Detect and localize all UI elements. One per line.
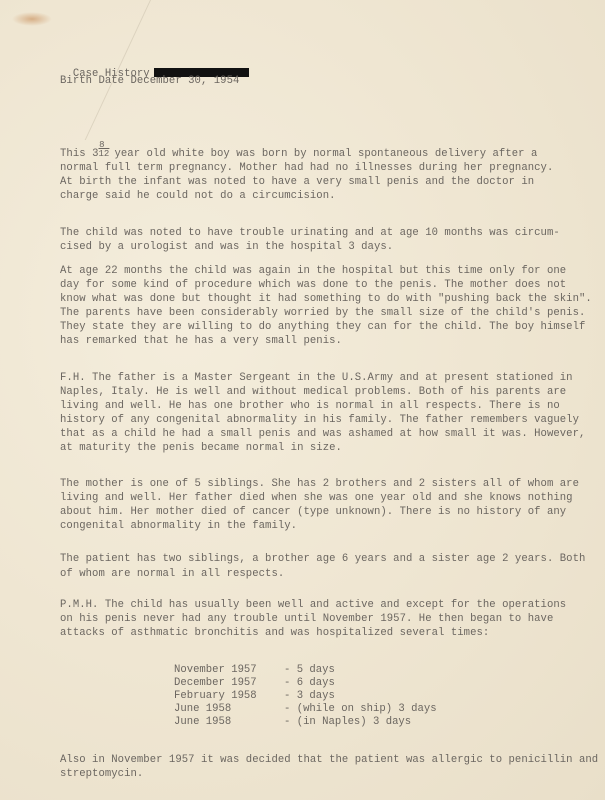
- age-fraction: 3812: [92, 147, 108, 161]
- hospitalization-row: November 1957- 5 days: [174, 664, 335, 677]
- paragraph-4-line-3: living and well. He has one brother who …: [60, 399, 560, 413]
- hospitalization-row: February 1958- 3 days: [174, 690, 335, 703]
- paragraph-1-line-2: normal full term pregnancy. Mother had h…: [60, 161, 553, 175]
- hospitalization-date: June 1958: [174, 703, 284, 716]
- hospitalization-row: December 1957- 6 days: [174, 677, 335, 690]
- hospitalization-date: February 1958: [174, 690, 284, 703]
- paragraph-4-line-5: that as a child he had a small penis and…: [60, 427, 585, 441]
- paragraph-3-line-1: At age 22 months the child was again in …: [60, 264, 566, 278]
- paragraph-3-line-4: The parents have been considerably worri…: [60, 306, 585, 320]
- paragraph-4-line-1: F.H. The father is a Master Sergeant in …: [60, 371, 573, 385]
- hospitalization-detail: - (in Naples) 3 days: [284, 716, 411, 728]
- age-numerator: 8: [99, 138, 104, 152]
- closing-line-1: Also in November 1957 it was decided tha…: [60, 753, 598, 767]
- hospitalization-detail: - 5 days: [284, 664, 335, 676]
- paragraph-4-line-2: Naples, Italy. He is well and without me…: [60, 385, 566, 399]
- paragraph-3-line-5: They state they are willing to do anythi…: [60, 320, 585, 334]
- hospitalization-detail: - (while on ship) 3 days: [284, 703, 437, 715]
- hospitalization-detail: - 6 days: [284, 677, 335, 689]
- paragraph-3-line-2: day for some kind of procedure which was…: [60, 278, 566, 292]
- line-text: year old white boy was born by normal sp…: [114, 148, 537, 160]
- paragraph-1-line-4: charge said he could not do a circumcisi…: [60, 189, 336, 203]
- paper-stain: [12, 12, 52, 26]
- paragraph-7-line-2: on his penis never had any trouble until…: [60, 612, 553, 626]
- paragraph-6-line-2: of whom are normal in all respects.: [60, 567, 284, 581]
- paragraph-1-line-1: This 3812 year old white boy was born by…: [60, 147, 537, 161]
- hospitalization-date: June 1958: [174, 716, 284, 729]
- paragraph-3-line-6: has remarked that he has a very small pe…: [60, 334, 342, 348]
- paragraph-4-line-4: history of any congenital abnormality in…: [60, 413, 579, 427]
- hospitalization-detail: - 3 days: [284, 690, 335, 702]
- paragraph-2-line-1: The child was noted to have trouble urin…: [60, 226, 560, 240]
- hospitalization-date: November 1957: [174, 664, 284, 677]
- lead-word: This: [60, 148, 86, 160]
- paragraph-6-line-1: The patient has two siblings, a brother …: [60, 552, 585, 566]
- paragraph-5-line-2: living and well. Her father died when sh…: [60, 491, 573, 505]
- paragraph-7-line-1: P.M.H. The child has usually been well a…: [60, 598, 566, 612]
- paragraph-5-line-1: The mother is one of 5 siblings. She has…: [60, 477, 579, 491]
- hospitalization-date: December 1957: [174, 677, 284, 690]
- hospitalization-row: June 1958- (in Naples) 3 days: [174, 716, 411, 729]
- paragraph-1-line-3: At birth the infant was noted to have a …: [60, 175, 534, 189]
- birth-date: Birth Date December 30, 1954: [60, 74, 239, 88]
- paragraph-2-line-2: cised by a urologist and was in the hosp…: [60, 240, 393, 254]
- paragraph-4-line-6: at maturity the penis became normal in s…: [60, 441, 342, 455]
- paragraph-5-line-3: about him. Her mother died of cancer (ty…: [60, 505, 566, 519]
- hospitalization-row: June 1958- (while on ship) 3 days: [174, 703, 437, 716]
- paragraph-3-line-3: know what was done but thought it had so…: [60, 292, 592, 306]
- closing-line-2: streptomycin.: [60, 767, 143, 781]
- paragraph-7-line-3: attacks of asthmatic bronchitis and was …: [60, 626, 489, 640]
- paragraph-5-line-4: congenital abnormality in the family.: [60, 519, 297, 533]
